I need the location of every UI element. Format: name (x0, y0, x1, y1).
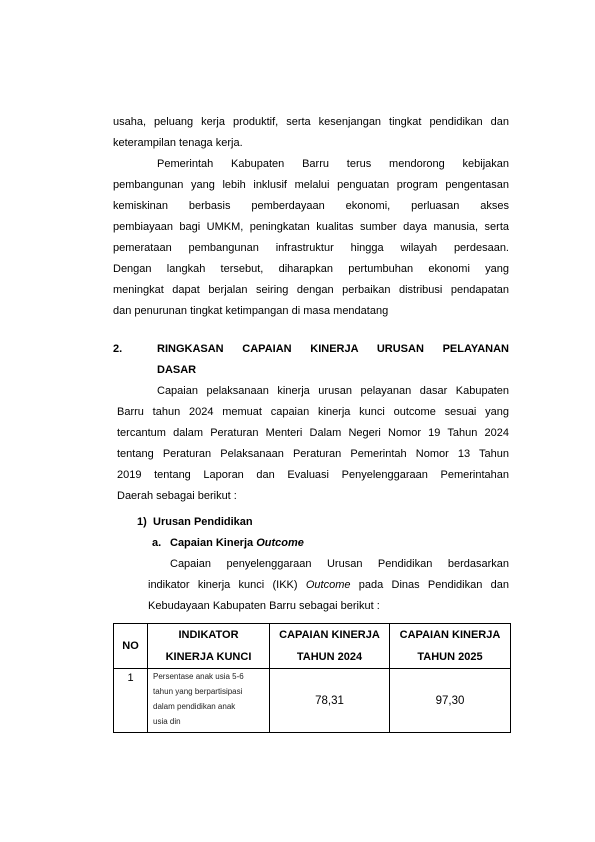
paragraph-line: Kebudayaan Kabupaten Barru sebagai berik… (148, 599, 380, 613)
header-text: CAPAIAN KINERJA (270, 624, 389, 646)
subsubsection-title: Capaian Kinerja Outcome (170, 536, 304, 550)
paragraph-line: tentang Peraturan Pelaksanaan Peraturan … (117, 447, 509, 461)
paragraph-line: pembiayaan bagi UMKM, peningkatan kualit… (113, 220, 509, 234)
paragraph-line: Barru tahun 2024 memuat capaian kinerja … (117, 405, 509, 419)
title-plain: Capaian Kinerja (170, 537, 256, 549)
cell-2024: 78,31 (270, 669, 390, 733)
paragraph-line: indikator kinerja kunci (IKK) Outcome pa… (148, 578, 509, 592)
header-text: TAHUN 2024 (270, 646, 389, 668)
header-text: INDIKATOR (148, 624, 269, 646)
text-segment: indikator kinerja kunci (IKK) (148, 579, 306, 591)
header-text: CAPAIAN KINERJA (390, 624, 510, 646)
paragraph-line: Dengan langkah tersebut, diharapkan pert… (113, 262, 509, 276)
section-number: 2. (113, 342, 122, 356)
cell-text: usia din (153, 714, 269, 729)
paragraph-line: kemiskinan berbasis pemberdayaan ekonomi… (113, 199, 509, 213)
cell-2025: 97,30 (390, 669, 511, 733)
header-no: NO (114, 624, 148, 669)
text-segment: pada Dinas Pendidikan dan (350, 579, 509, 591)
paragraph-line: Daerah sebagai berikut : (117, 489, 237, 503)
paragraph-line: tercantum dalam Peraturan Menteri Dalam … (117, 426, 509, 440)
document-page: usaha, peluang kerja produktif, serta ke… (0, 0, 595, 842)
title-italic: Outcome (256, 537, 304, 549)
paragraph-line: pembangunan yang lebih inklusif melalui … (113, 178, 509, 192)
section-title-cont: DASAR (157, 363, 196, 377)
section-title: RINGKASAN CAPAIAN KINERJA URUSAN PELAYAN… (157, 342, 509, 356)
cell-no: 1 (114, 669, 148, 733)
paragraph-line: keterampilan tenaga kerja. (113, 136, 243, 150)
header-2025: CAPAIAN KINERJA TAHUN 2025 (390, 624, 511, 669)
paragraph-line: Capaian pelaksanaan kinerja urusan pelay… (157, 384, 509, 398)
paragraph-line: pemerataan pembangunan infrastruktur hin… (113, 241, 509, 255)
paragraph-line: Capaian penyelenggaraan Urusan Pendidika… (170, 557, 509, 571)
header-text: KINERJA KUNCI (148, 646, 269, 668)
header-2024: CAPAIAN KINERJA TAHUN 2024 (270, 624, 390, 669)
cell-text: tahun yang berpartisipasi (153, 684, 269, 699)
table-header-row: NO INDIKATOR KINERJA KUNCI CAPAIAN KINER… (114, 624, 511, 669)
paragraph-line: usaha, peluang kerja produktif, serta ke… (113, 115, 509, 129)
paragraph-line: 2019 tentang Laporan dan Evaluasi Penyel… (117, 468, 509, 482)
cell-text: Persentase anak usia 5-6 (153, 669, 269, 684)
cell-indikator: Persentase anak usia 5-6 tahun yang berp… (148, 669, 270, 733)
subsection-number: 1) (137, 515, 147, 529)
subsubsection-letter: a. (152, 536, 161, 550)
subsection-title: Urusan Pendidikan (153, 515, 253, 529)
paragraph-line: dan penurunan tingkat ketimpangan di mas… (113, 304, 388, 318)
cell-text: dalam pendidikan anak (153, 699, 269, 714)
table-row: 1 Persentase anak usia 5-6 tahun yang be… (114, 669, 511, 733)
paragraph-line: Pemerintah Kabupaten Barru terus mendoro… (157, 157, 509, 171)
header-indikator: INDIKATOR KINERJA KUNCI (148, 624, 270, 669)
text-italic: Outcome (306, 579, 351, 591)
ikk-table: NO INDIKATOR KINERJA KUNCI CAPAIAN KINER… (113, 623, 511, 733)
paragraph-line: meningkat dapat berjalan seiring dengan … (113, 283, 509, 297)
header-text: TAHUN 2025 (390, 646, 510, 668)
